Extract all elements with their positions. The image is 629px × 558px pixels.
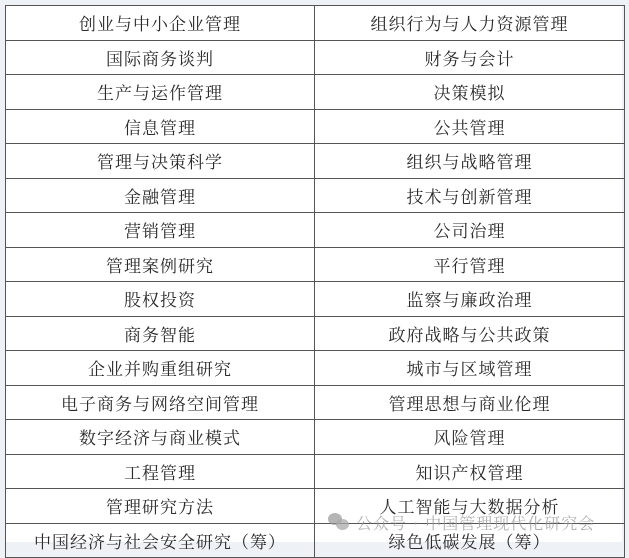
- table-row: 营销管理 公司治理: [6, 213, 625, 248]
- table-cell: 人工智能与大数据分析: [315, 489, 625, 524]
- table-cell: 国际商务谈判: [6, 40, 315, 75]
- table-cell: 决策模拟: [315, 75, 625, 110]
- table-row: 股权投资 监察与廉政治理: [6, 282, 625, 317]
- table-row: 管理与决策科学 组织与战略管理: [6, 144, 625, 179]
- table-row: 电子商务与网络空间管理 管理思想与商业伦理: [6, 385, 625, 420]
- table-cell: 创业与中小企业管理: [6, 6, 315, 41]
- table-cell: 城市与区域管理: [315, 351, 625, 386]
- table-cell: 金融管理: [6, 178, 315, 213]
- table-row: 中国经济与社会安全研究（筹） 绿色低碳发展（筹）: [6, 523, 625, 547]
- table-cell: 中国经济与社会安全研究（筹）: [6, 523, 315, 547]
- table-cell: 管理研究方法: [6, 489, 315, 524]
- table-row: 数字经济与商业模式 风险管理: [6, 420, 625, 455]
- table-cell: 监察与廉政治理: [315, 282, 625, 317]
- table-row: 工程管理 知识产权管理: [6, 454, 625, 489]
- table-cell: 企业并购重组研究: [6, 351, 315, 386]
- table-cell: 公共管理: [315, 109, 625, 144]
- table-row: 商务智能 政府战略与公共政策: [6, 316, 625, 351]
- committee-table: 创业与中小企业管理 组织行为与人力资源管理 国际商务谈判 财务与会计 生产与运作…: [5, 5, 625, 547]
- table-cell: 组织与战略管理: [315, 144, 625, 179]
- table-row: 创业与中小企业管理 组织行为与人力资源管理: [6, 6, 625, 41]
- table-row: 管理案例研究 平行管理: [6, 247, 625, 282]
- table-cell: 生产与运作管理: [6, 75, 315, 110]
- table-cell: 知识产权管理: [315, 454, 625, 489]
- table-cell: 技术与创新管理: [315, 178, 625, 213]
- table-cell: 商务智能: [6, 316, 315, 351]
- table-cell: 管理思想与商业伦理: [315, 385, 625, 420]
- table-row: 信息管理 公共管理: [6, 109, 625, 144]
- table-cell: 绿色低碳发展（筹）: [315, 523, 625, 547]
- table-cell: 风险管理: [315, 420, 625, 455]
- table-cell: 营销管理: [6, 213, 315, 248]
- document-page: 创业与中小企业管理 组织行为与人力资源管理 国际商务谈判 财务与会计 生产与运作…: [5, 5, 622, 542]
- table-row: 企业并购重组研究 城市与区域管理: [6, 351, 625, 386]
- table-row: 金融管理 技术与创新管理: [6, 178, 625, 213]
- table-cell: 电子商务与网络空间管理: [6, 385, 315, 420]
- table-row: 管理研究方法 人工智能与大数据分析: [6, 489, 625, 524]
- table-cell: 工程管理: [6, 454, 315, 489]
- table-cell: 数字经济与商业模式: [6, 420, 315, 455]
- table-cell: 管理案例研究: [6, 247, 315, 282]
- table-cell: 财务与会计: [315, 40, 625, 75]
- table-cell: 管理与决策科学: [6, 144, 315, 179]
- table-cell: 政府战略与公共政策: [315, 316, 625, 351]
- table-row: 生产与运作管理 决策模拟: [6, 75, 625, 110]
- table-cell: 平行管理: [315, 247, 625, 282]
- table-cell: 股权投资: [6, 282, 315, 317]
- table-cell: 信息管理: [6, 109, 315, 144]
- table-row: 国际商务谈判 财务与会计: [6, 40, 625, 75]
- table-cell: 组织行为与人力资源管理: [315, 6, 625, 41]
- table-cell: 公司治理: [315, 213, 625, 248]
